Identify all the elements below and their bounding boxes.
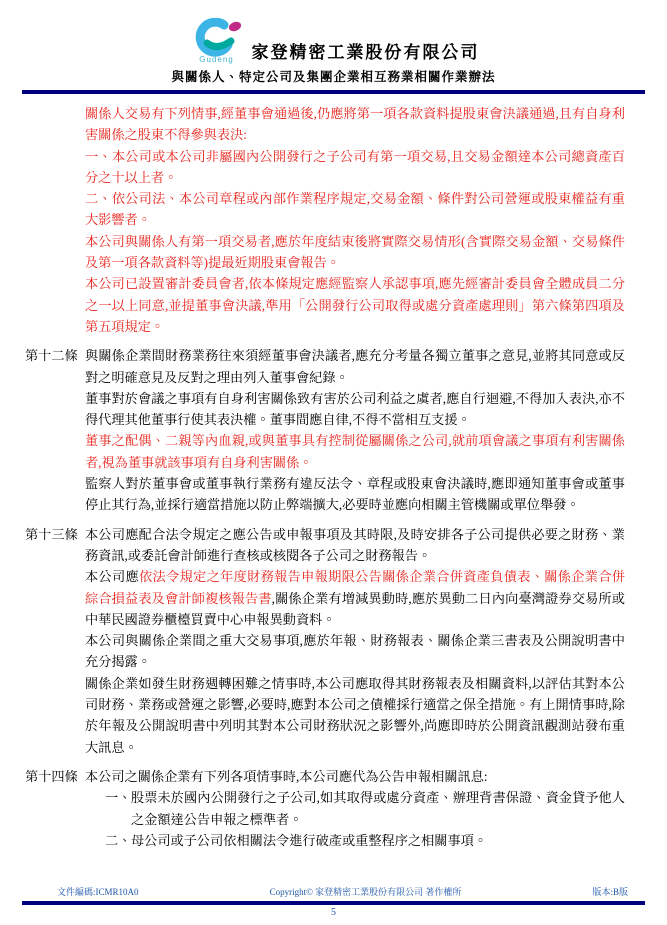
- document-title: 與關係人、特定公司及集團企業相互務業相關作業辦法: [0, 67, 667, 85]
- footer-doc-code: 文件編碼:ICMR10A0: [57, 886, 139, 898]
- article-13-paragraph-2: 本公司應依法令規定之年度財務報告申報期限公告關係企業合併資產負債表、關係企業合併…: [85, 566, 625, 630]
- document-header: Gudeng 家登精密工業股份有限公司 與關係人、特定公司及集團企業相互務業相關…: [0, 0, 667, 94]
- article-12-paragraph-4: 監察人對於董事會或董事執行業務有違反法令、章程或股東會決議時,應即通知董事會或董…: [85, 473, 625, 516]
- article-14-list-item-1: 一、股票未於國內公開發行之子公司,如其取得或處分資產、辦理背書保證、資金貸予他人…: [105, 787, 625, 830]
- article-12-paragraph-2: 董事對於會議之事項有自身利害關係致有害於公司利益之虞者,應自行迴避,不得加入表決…: [85, 388, 625, 431]
- article-14: 第十四條 本公司之關係企業有下列各項情事時,本公司應代為公告申報相關訊息: 一、…: [25, 766, 625, 851]
- article-14-paragraph-1: 本公司之關係企業有下列各項情事時,本公司應代為公告申報相關訊息:: [85, 766, 625, 787]
- intro-paragraph-3: 本公司已設置審計委員會者,依本條規定應經監察人承認事項,應先經審計委員會全體成員…: [85, 273, 625, 337]
- article-13-paragraph-2-black-lead: 本公司應: [85, 569, 139, 584]
- article-14-item-1-text: 股票未於國內公開發行之子公司,如其取得或處分資產、辦理背書保證、資金貸予他人之金…: [131, 790, 625, 826]
- intro-section: 關係人交易有下列情事,經董事會通過後,仍應將第一項各款資料提股東會決議通過,且有…: [85, 103, 625, 337]
- article-14-number: 第十四條: [25, 766, 78, 787]
- footer-version: 版本:B版: [592, 886, 628, 898]
- intro-paragraph-2: 本公司與關係人有第一項交易者,應於年度結束後將實際交易情形(含實際交易金額、交易…: [85, 231, 625, 274]
- gudeng-logo-icon: [190, 18, 244, 58]
- footer-copyright: Copyright© 家登精密工業股份有限公司 著作權所: [270, 886, 462, 898]
- gudeng-logo: Gudeng: [188, 18, 246, 64]
- intro-paragraph-1: 關係人交易有下列情事,經董事會通過後,仍應將第一項各款資料提股東會決議通過,且有…: [85, 103, 625, 146]
- footer-rule: [22, 901, 645, 905]
- article-14-item-1-number: 一、: [105, 787, 131, 808]
- article-14-item-2-number: 二、: [105, 830, 131, 851]
- article-12-number: 第十二條: [25, 345, 78, 366]
- article-13-paragraph-4: 關係企業如發生財務週轉困難之情事時,本公司應取得其財務報表及相關資料,以評估其對…: [85, 673, 625, 758]
- document-body: 關係人交易有下列情事,經董事會通過後,仍應將第一項各款資料提股東會決議通過,且有…: [0, 94, 667, 851]
- article-12-paragraph-1: 與關係企業間財務業務往來須經董事會決議者,應充分考量各獨立董事之意見,並將其同意…: [85, 345, 625, 388]
- article-12-paragraph-3: 董事之配偶、二親等內血親,或與董事具有控制從屬關係之公司,就前項會議之事項有利害…: [85, 430, 625, 473]
- article-13-number: 第十三條: [25, 524, 78, 545]
- article-13-paragraph-3: 本公司與關係企業間之重大交易事項,應於年報、財務報表、關係企業三書表及公開說明書…: [85, 630, 625, 673]
- article-14-item-2-text: 母公司或子公司依相關法令進行破產或重整程序之相關事項。: [131, 833, 487, 848]
- gudeng-logo-text: Gudeng: [199, 56, 233, 64]
- document-page: Gudeng 家登精密工業股份有限公司 與關係人、特定公司及集團企業相互務業相關…: [0, 0, 667, 925]
- article-14-list-item-2: 二、母公司或子公司依相關法令進行破產或重整程序之相關事項。: [105, 830, 625, 851]
- company-name: 家登精密工業股份有限公司: [252, 43, 480, 64]
- article-12: 第十二條 與關係企業間財務業務往來須經董事會決議者,應充分考量各獨立董事之意見,…: [25, 345, 625, 515]
- document-footer: 文件編碼:ICMR10A0 Copyright© 家登精密工業股份有限公司 著作…: [25, 886, 642, 898]
- intro-list-item-1: 一、本公司或本公司非屬國內公開發行之子公司有第一項交易,且交易金額達本公司總資產…: [85, 146, 625, 189]
- page-number: 5: [0, 907, 667, 918]
- brand-row: Gudeng 家登精密工業股份有限公司: [0, 16, 667, 64]
- intro-list-item-2: 二、依公司法、本公司章程或內部作業程序規定,交易金額、條件對公司營運或股東權益有…: [85, 188, 625, 231]
- article-13-paragraph-1: 本公司應配合法令規定之應公告或申報事項及其時限,及時安排各子公司提供必要之財務、…: [85, 524, 625, 567]
- article-13: 第十三條 本公司應配合法令規定之應公告或申報事項及其時限,及時安排各子公司提供必…: [25, 524, 625, 758]
